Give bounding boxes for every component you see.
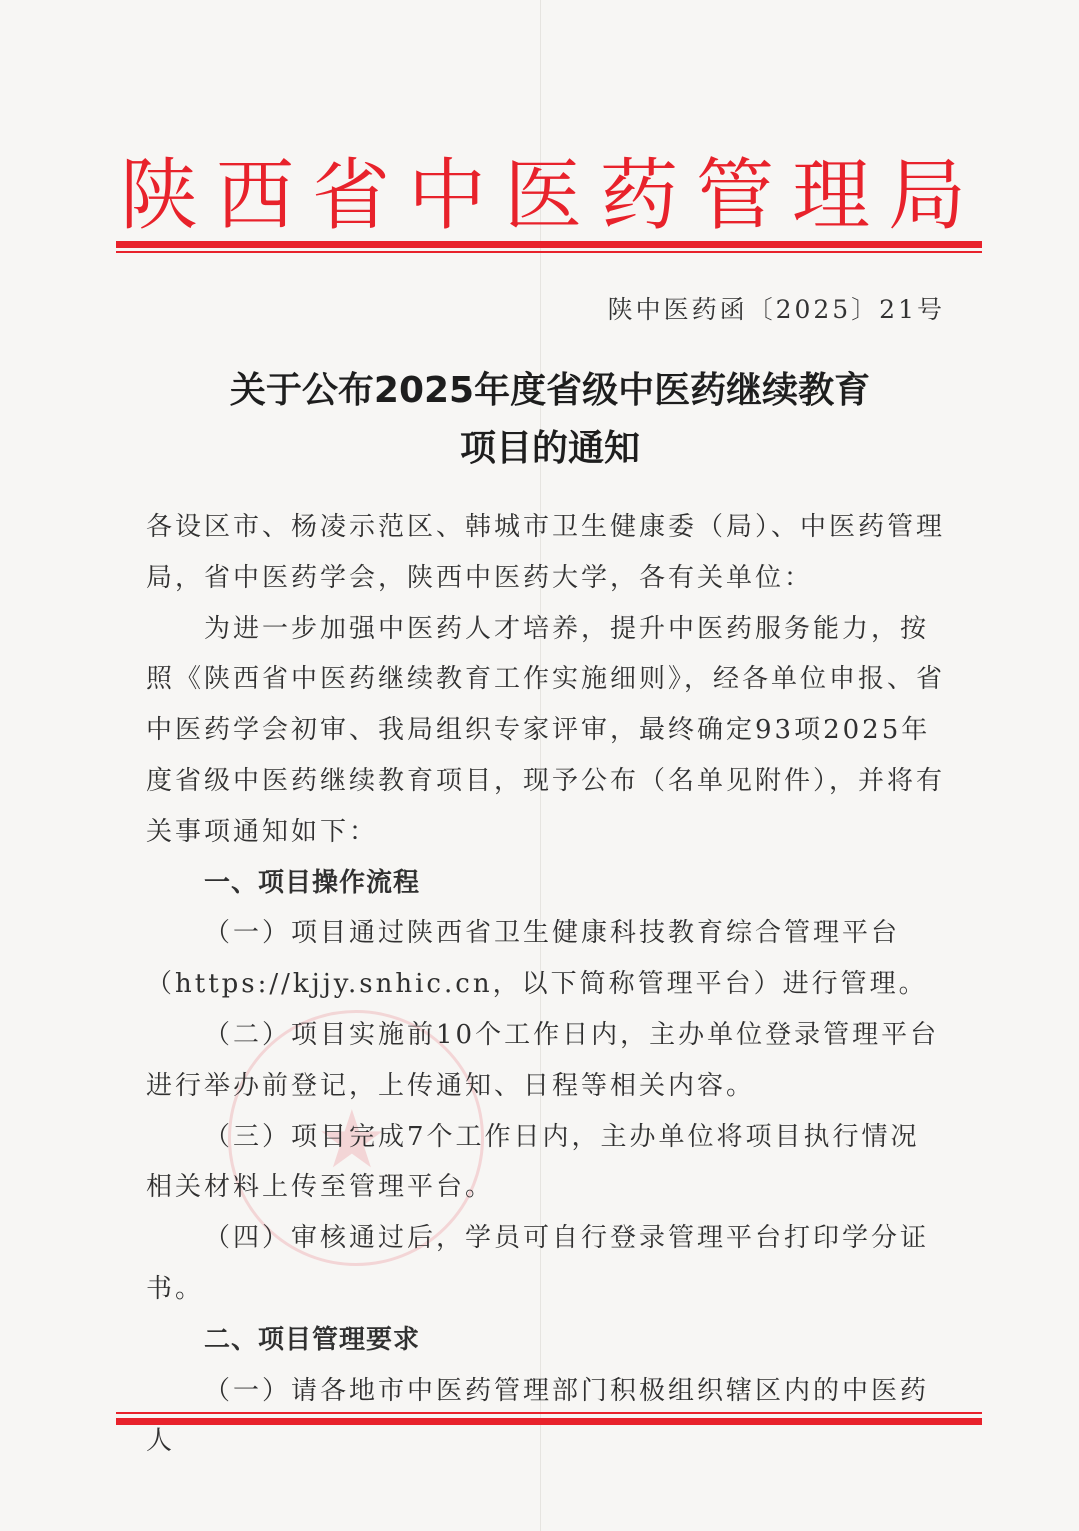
intro-paragraph: 为进一步加强中医药人才培养，提升中医药服务能力，按照《陕西省中医药继续教育工作实… bbox=[146, 604, 946, 858]
section1-item-2: （二）项目实施前10个工作日内，主办单位登录管理平台进行举办前登记，上传通知、日… bbox=[146, 1010, 946, 1112]
section-heading-1: 一、项目操作流程 bbox=[146, 858, 946, 909]
title-line-2: 项目的通知 bbox=[100, 420, 1000, 478]
document-title: 关于公布2025年度省级中医药继续教育 项目的通知 bbox=[100, 362, 1000, 478]
letterhead-rule-thick bbox=[116, 241, 982, 248]
document-body: 各设区市、杨凌示范区、韩城市卫生健康委（局）、中医药管理局，省中医药学会，陕西中… bbox=[146, 502, 946, 1467]
section1-item-3: （三）项目完成7个工作日内，主办单位将项目执行情况相关材料上传至管理平台。 bbox=[146, 1112, 946, 1214]
section1-item-4: （四）审核通过后，学员可自行登录管理平台打印学分证书。 bbox=[146, 1213, 946, 1315]
footer-rule-thick bbox=[116, 1418, 982, 1425]
title-line-1: 关于公布2025年度省级中医药继续教育 bbox=[100, 362, 1000, 420]
section1-item-1: （一）项目通过陕西省卫生健康科技教育综合管理平台（https://kjjy.sn… bbox=[146, 908, 946, 1010]
section-heading-2: 二、项目管理要求 bbox=[146, 1315, 946, 1366]
document-number: 陕中医药函〔2025〕21号 bbox=[608, 290, 945, 326]
section2-item-1: （一）请各地市中医药管理部门积极组织辖区内的中医药人 bbox=[146, 1366, 946, 1468]
addressee: 各设区市、杨凌示范区、韩城市卫生健康委（局）、中医药管理局，省中医药学会，陕西中… bbox=[146, 502, 946, 604]
letterhead-rule-thin bbox=[116, 251, 982, 253]
footer-rule-thin bbox=[116, 1412, 982, 1414]
agency-letterhead: 陕西省中医药管理局 bbox=[120, 148, 980, 244]
